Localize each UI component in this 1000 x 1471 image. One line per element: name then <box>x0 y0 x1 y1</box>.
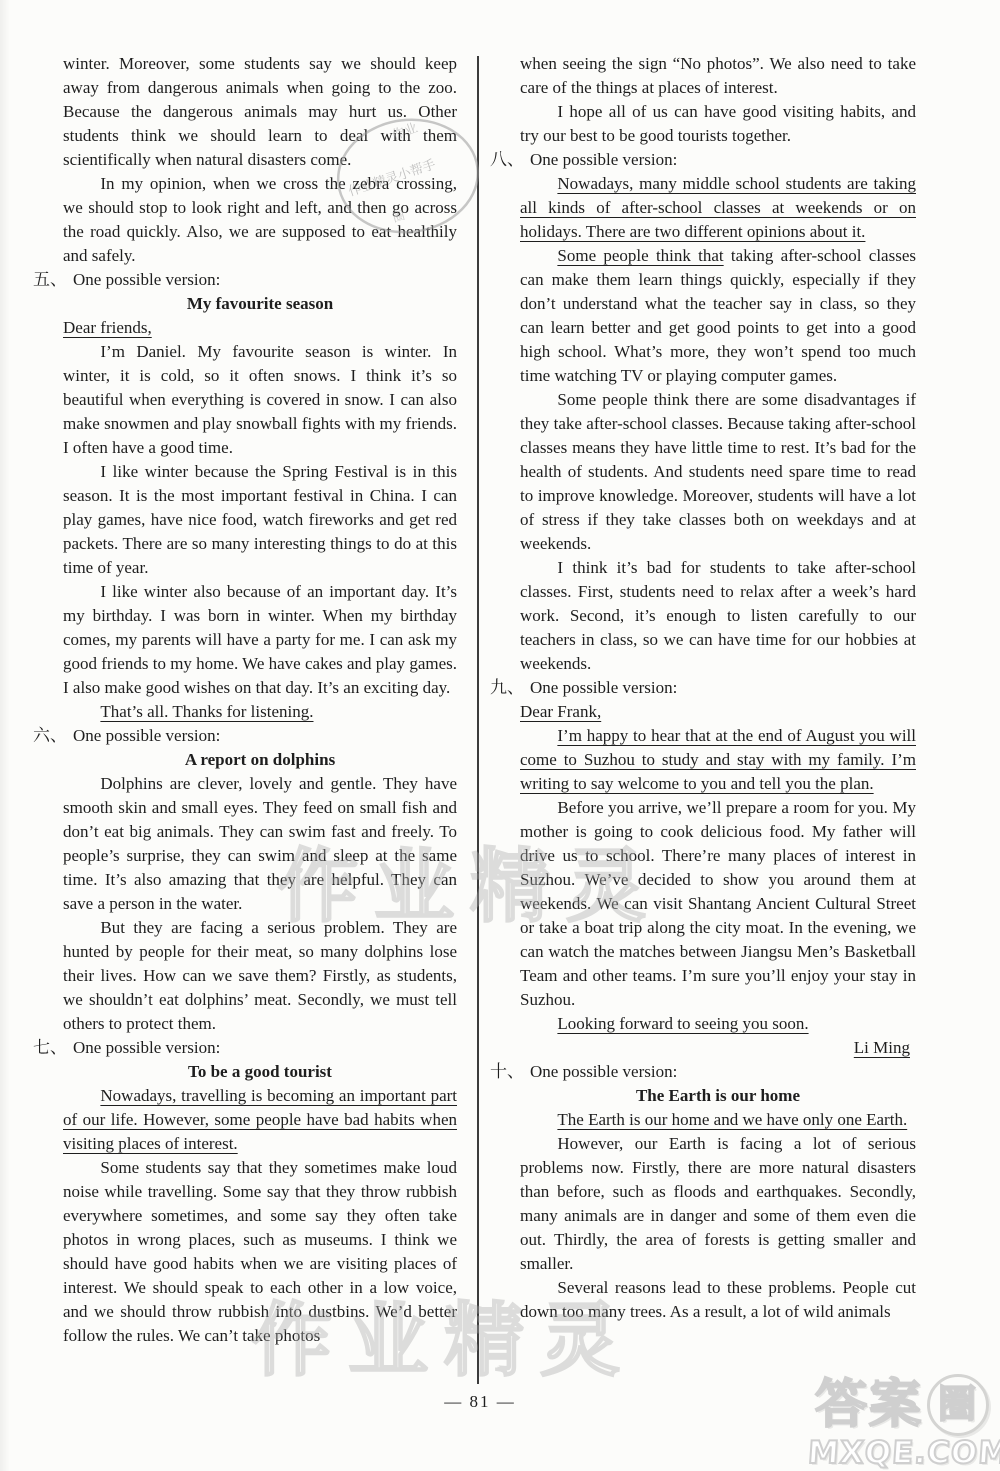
paragraph: Before you arrive, we’ll prepare a room … <box>520 796 916 1012</box>
section-7-marker: 七、 <box>33 1038 67 1057</box>
essay-title: The Earth is our home <box>520 1084 916 1108</box>
section-5-marker: 五、 <box>33 270 67 289</box>
site-logo-text: 答案 <box>815 1376 923 1434</box>
section-9-label: One possible version: <box>530 678 677 697</box>
site-url: MXQE.COM <box>807 1436 997 1470</box>
section-5-heading: 五、One possible version: <box>33 268 457 292</box>
site-logo: 答案圈 <box>808 1374 996 1436</box>
signature-text: Li Ming <box>854 1038 910 1057</box>
paragraph: I hope all of us can have good visiting … <box>520 100 916 148</box>
underlined-paragraph: Nowadays, travelling is becoming an impo… <box>63 1084 457 1156</box>
underlined-paragraph: I’m happy to hear that at the end of Aug… <box>520 724 916 796</box>
essay-title: A report on dolphins <box>63 748 457 772</box>
section-7-label: One possible version: <box>73 1038 220 1057</box>
section-6-label: One possible version: <box>73 726 220 745</box>
right-column: when seeing the sign “No photos”. We als… <box>520 52 916 1324</box>
column-divider <box>477 56 479 1384</box>
section-10-heading: 十、One possible version: <box>490 1060 916 1084</box>
section-6-heading: 六、One possible version: <box>33 724 457 748</box>
salutation: Dear Frank, <box>520 700 916 724</box>
paragraph: In my opinion, when we cross the zebra c… <box>63 172 457 268</box>
paragraph: But they are facing a serious problem. T… <box>63 916 457 1036</box>
section-8-marker: 八、 <box>490 150 524 169</box>
paragraph: Dolphins are clever, lovely and gentle. … <box>63 772 457 916</box>
paragraph: However, our Earth is facing a lot of se… <box>520 1132 916 1276</box>
section-9-heading: 九、One possible version: <box>490 676 916 700</box>
paragraph-rest: taking after-school classes can make the… <box>520 246 916 385</box>
paragraph: winter. Moreover, some students say we s… <box>63 52 457 172</box>
paragraph: Some students say that they sometimes ma… <box>63 1156 457 1348</box>
paragraph: Some people think that taking after-scho… <box>520 244 916 388</box>
answer-page: winter. Moreover, some students say we s… <box>0 0 1000 1471</box>
page-number: — 81 — <box>380 1392 580 1412</box>
site-logo-badge: 圈 <box>927 1374 989 1436</box>
paragraph: I’m Daniel. My favourite season is winte… <box>63 340 457 460</box>
section-8-label: One possible version: <box>530 150 677 169</box>
section-6-marker: 六、 <box>33 726 67 745</box>
closing-text: Looking forward to seeing you soon. <box>557 1014 808 1033</box>
closing-line: That’s all. Thanks for listening. <box>63 700 457 724</box>
paragraph: Several reasons lead to these problems. … <box>520 1276 916 1324</box>
closing-text: That’s all. Thanks for listening. <box>100 702 313 721</box>
scan-edge-shadow <box>0 0 10 1471</box>
section-7-heading: 七、One possible version: <box>33 1036 457 1060</box>
closing-line: Looking forward to seeing you soon. <box>520 1012 916 1036</box>
paragraph: Some people think there are some disadva… <box>520 388 916 556</box>
paragraph: I like winter also because of an importa… <box>63 580 457 700</box>
site-watermark: 答案圈 MXQE.COM <box>808 1374 996 1470</box>
section-10-marker: 十、 <box>490 1062 524 1081</box>
underlined-paragraph: The Earth is our home and we have only o… <box>520 1108 916 1132</box>
paragraph: I think it’s bad for students to take af… <box>520 556 916 676</box>
paragraph: when seeing the sign “No photos”. We als… <box>520 52 916 100</box>
salutation: Dear friends, <box>63 316 457 340</box>
section-10-label: One possible version: <box>530 1062 677 1081</box>
section-5-label: One possible version: <box>73 270 220 289</box>
section-8-heading: 八、One possible version: <box>490 148 916 172</box>
paragraph: I like winter because the Spring Festiva… <box>63 460 457 580</box>
signature: Li Ming <box>520 1036 916 1060</box>
underlined-paragraph: Nowadays, many middle school students ar… <box>520 172 916 244</box>
section-9-marker: 九、 <box>490 678 524 697</box>
underlined-lead: Some people think that <box>557 246 723 265</box>
essay-title: To be a good tourist <box>63 1060 457 1084</box>
essay-title: My favourite season <box>63 292 457 316</box>
left-column: winter. Moreover, some students say we s… <box>63 52 457 1348</box>
